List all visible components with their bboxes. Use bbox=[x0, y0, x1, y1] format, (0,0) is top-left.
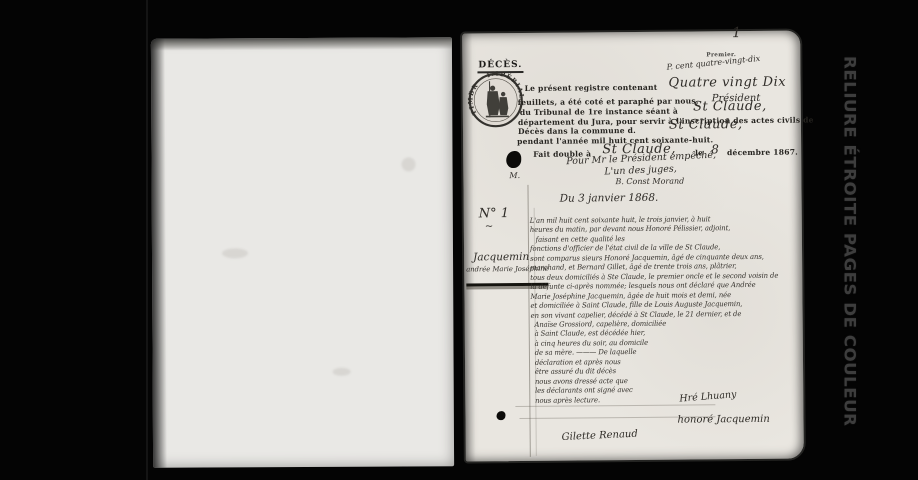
signature-declarant-1: honoré Jacquemin bbox=[677, 414, 769, 426]
paper-smudge bbox=[222, 248, 248, 258]
left-page-left-edge bbox=[151, 39, 167, 468]
act-number: N° 1 bbox=[479, 206, 509, 221]
margin-flourish: ~ bbox=[485, 221, 493, 232]
page-number-handwritten: 1 bbox=[732, 25, 741, 41]
microfilm-scan: RELIURE ÉTROITE PAGES DE COULEUR 1 Premi… bbox=[0, 0, 918, 480]
ink-blot bbox=[506, 151, 521, 168]
register-title-page: 1 Premier. P. cent quatre-vingt-dix DÉCÈ… bbox=[460, 29, 806, 464]
printed-text: décembre 1867. bbox=[727, 148, 798, 158]
book-spine-edge bbox=[146, 0, 148, 480]
delegation-signature: B. Const Morand bbox=[615, 177, 684, 187]
left-page-blank bbox=[151, 37, 454, 468]
paper-smudge bbox=[402, 157, 416, 171]
act-date-heading: Du 3 janvier 1868. bbox=[560, 192, 659, 205]
act-body: L'an mil huit cent soixante huit, le tro… bbox=[530, 214, 776, 405]
margin-name: Jacquemin bbox=[473, 251, 529, 263]
signature-declarant-2: Gilette Renaud bbox=[561, 429, 638, 443]
delegation-line-2: L'un des juges, bbox=[604, 163, 677, 177]
left-page-top-edge bbox=[151, 37, 452, 51]
paper-smudge bbox=[333, 368, 351, 376]
binding-watermark-text: RELIURE ÉTROITE PAGES DE COULEUR bbox=[813, 56, 859, 450]
timbre-imperial-stamp: TIMBRE IMPÉRIAL bbox=[466, 71, 525, 130]
ink-blot-note: M. bbox=[509, 171, 520, 180]
ink-dot bbox=[496, 411, 505, 420]
